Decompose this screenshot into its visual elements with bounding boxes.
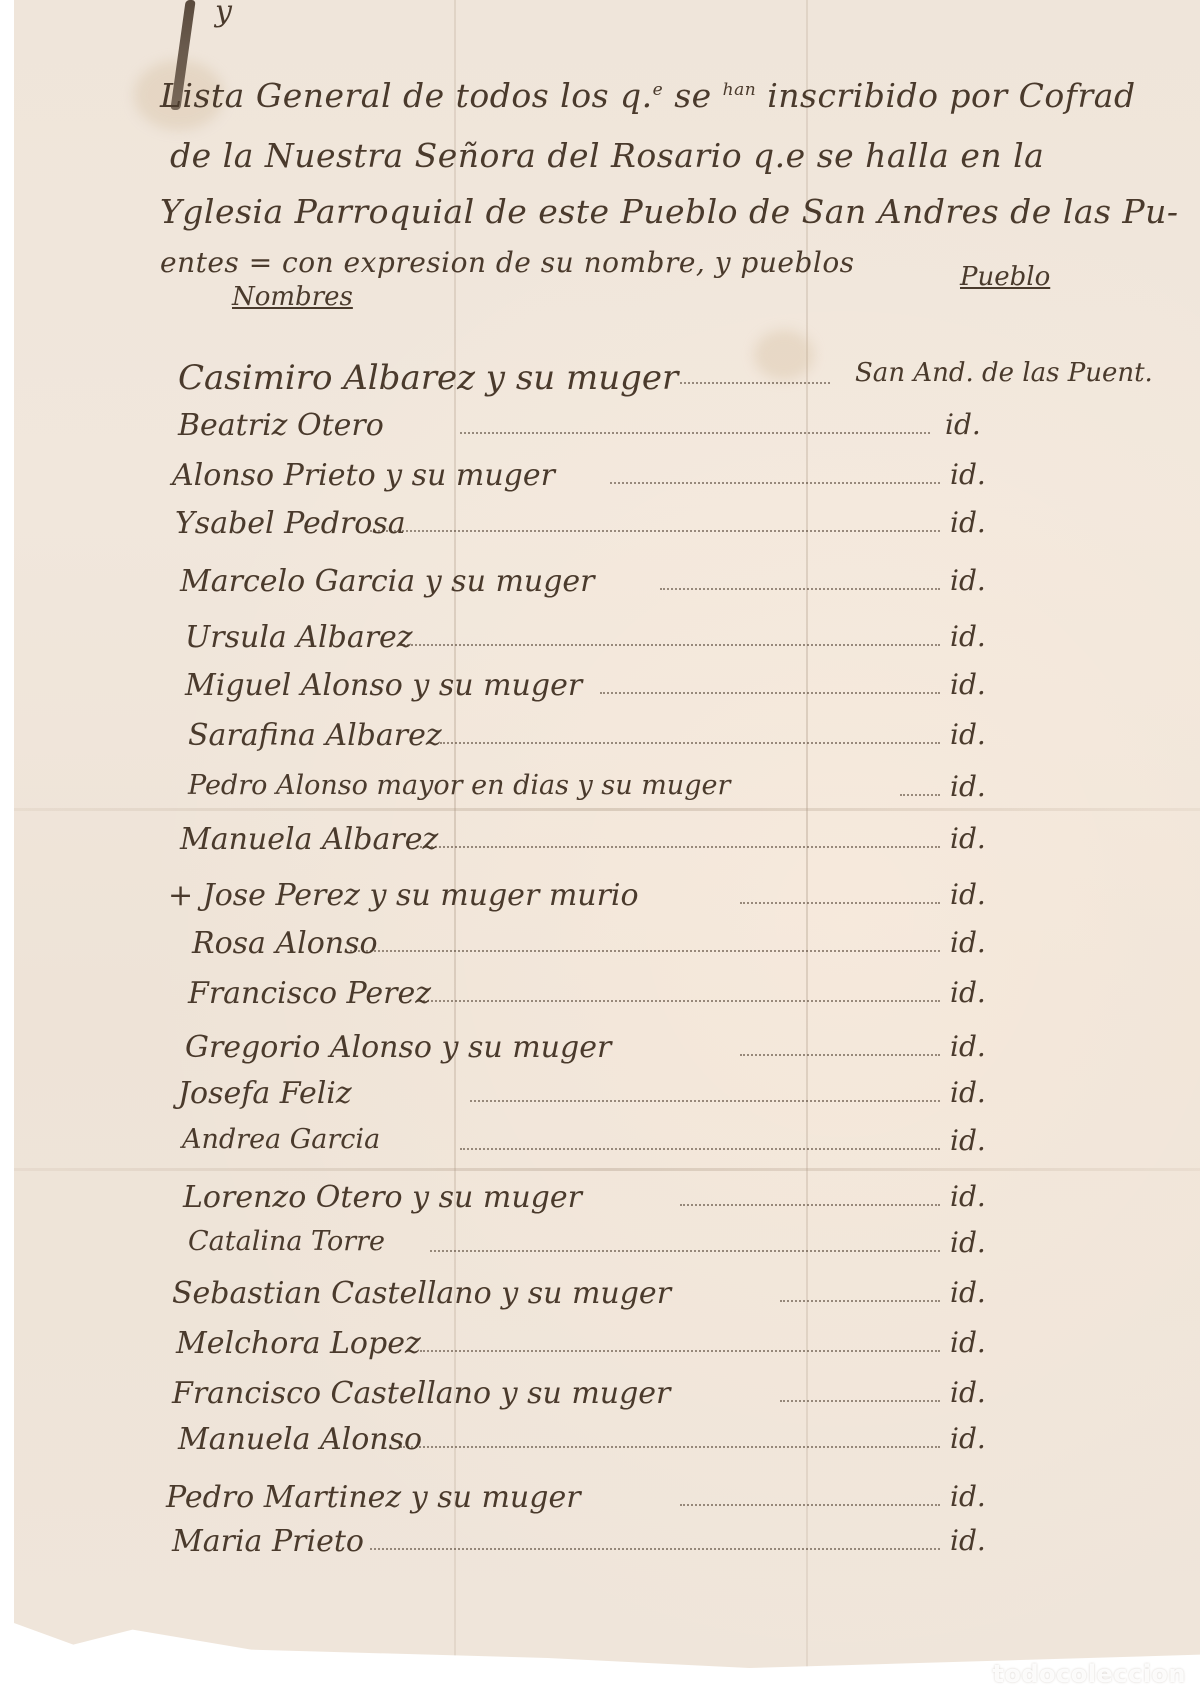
entry-name: Melchora Lopez: [176, 1326, 421, 1361]
list-item: Rosa Alonso id.: [0, 926, 1200, 972]
dot-leader: [740, 1052, 940, 1056]
list-item: Miguel Alonso y su muger id.: [0, 668, 1200, 714]
dot-leader: [460, 1146, 940, 1150]
heading-line-4: entes = con expresion de su nombre, y pu…: [160, 246, 855, 279]
entry-name: Beatriz Otero: [178, 408, 384, 443]
entry-place: id.: [950, 1326, 986, 1359]
list-item: Pedro Martinez y su muger id.: [0, 1480, 1200, 1526]
heading-text: se: [663, 76, 722, 115]
entry-place: id.: [950, 1376, 986, 1409]
dot-leader: [420, 1348, 940, 1352]
entry-place: id.: [950, 564, 986, 597]
dot-leader: [470, 1098, 940, 1102]
entry-place: id.: [950, 458, 986, 491]
list-item: Andrea Garcia id.: [0, 1124, 1200, 1170]
entry-name: Francisco Castellano y su muger: [172, 1376, 670, 1411]
dot-leader: [400, 1444, 940, 1448]
list-item: Josefa Feliz id.: [0, 1076, 1200, 1122]
entry-name: Ysabel Pedrosa: [175, 506, 406, 541]
entry-place: id.: [950, 976, 986, 1009]
entry-name: Catalina Torre: [188, 1226, 385, 1257]
dot-leader: [610, 480, 940, 484]
entry-name: Pedro Alonso mayor en dias y su muger: [188, 770, 730, 801]
list-item: Lorenzo Otero y su muger id.: [0, 1180, 1200, 1226]
entry-place: id.: [950, 620, 986, 653]
entry-place: id.: [950, 770, 986, 803]
list-item: Ysabel Pedrosa id.: [0, 506, 1200, 552]
dot-leader: [420, 844, 940, 848]
entry-place: id.: [950, 668, 986, 701]
list-item: Casimiro Albarez y su muger San And. de …: [0, 358, 1200, 404]
list-item: Beatriz Otero id.: [0, 408, 1200, 454]
list-item: Francisco Castellano y su muger id.: [0, 1376, 1200, 1422]
entry-place: id.: [950, 1226, 986, 1259]
list-item: Sarafina Albarez id.: [0, 718, 1200, 764]
entry-place: id.: [950, 1524, 986, 1557]
entry-name: Alonso Prieto y su muger: [172, 458, 555, 493]
entry-place: id.: [950, 718, 986, 751]
entry-place: id.: [950, 506, 986, 539]
dot-leader: [680, 1202, 940, 1206]
list-item: Ursula Albarez id.: [0, 620, 1200, 666]
entry-place: San And. de las Puent.: [855, 358, 1153, 388]
list-item: Alonso Prieto y su muger id.: [0, 458, 1200, 504]
dot-leader: [660, 586, 940, 590]
list-item: Catalina Torre id.: [0, 1226, 1200, 1272]
dot-leader: [680, 1502, 940, 1506]
dot-leader: [350, 948, 940, 952]
entry-place: id.: [950, 1276, 986, 1309]
dot-leader: [460, 430, 930, 434]
list-item: Maria Prieto id.: [0, 1524, 1200, 1570]
entry-name: + Jose Perez y su muger murio: [168, 878, 639, 913]
dot-leader: [780, 1398, 940, 1402]
entry-name: Pedro Martinez y su muger: [166, 1480, 581, 1515]
entry-name: Josefa Feliz: [178, 1076, 352, 1111]
entry-name: Lorenzo Otero y su muger: [183, 1180, 582, 1215]
dot-leader: [430, 1248, 940, 1252]
dot-leader: [365, 528, 940, 532]
heading-superscript: han: [723, 80, 757, 100]
heading-text: Lista General de todos los q.: [160, 76, 653, 115]
list-item: Marcelo Garcia y su muger id.: [0, 564, 1200, 610]
entry-name: Ursula Albarez: [185, 620, 413, 655]
entry-name: Marcelo Garcia y su muger: [180, 564, 595, 599]
dot-leader: [780, 1298, 940, 1302]
entry-name: Sebastian Castellano y su muger: [172, 1276, 671, 1311]
list-item: Sebastian Castellano y su muger id.: [0, 1276, 1200, 1322]
heading-line-3: Yglesia Parroquial de este Pueblo de San…: [160, 192, 1179, 231]
place-column-header: Pueblo: [960, 262, 1050, 292]
list-item: Manuela Alonso id.: [0, 1422, 1200, 1468]
dot-leader: [370, 1546, 940, 1550]
list-item: + Jose Perez y su muger murio id.: [0, 878, 1200, 924]
dot-leader: [400, 642, 940, 646]
dot-leader: [740, 900, 940, 904]
entry-place: id.: [950, 1076, 986, 1109]
entry-place: id.: [950, 822, 986, 855]
list-item: Melchora Lopez id.: [0, 1326, 1200, 1372]
entry-place: id.: [950, 1030, 986, 1063]
dot-leader: [440, 740, 940, 744]
list-item: Francisco Perez id.: [0, 976, 1200, 1022]
entry-name: Gregorio Alonso y su muger: [185, 1030, 611, 1065]
entry-place: id.: [950, 1480, 986, 1513]
heading-line-1: Lista General de todos los q.e se han in…: [160, 76, 1136, 115]
heading-line-2: de la Nuestra Señora del Rosario q.e se …: [170, 136, 1044, 175]
list-item: Manuela Albarez id.: [0, 822, 1200, 868]
dot-leader: [600, 690, 940, 694]
entry-place: id.: [945, 408, 981, 441]
page-mark: y: [215, 0, 232, 29]
dot-leader: [680, 380, 830, 384]
entry-place: id.: [950, 1180, 986, 1213]
entry-name: Manuela Alonso: [178, 1422, 422, 1457]
watermark: todocoleccion: [992, 1660, 1186, 1688]
entry-name: Maria Prieto: [172, 1524, 364, 1559]
entry-place: id.: [950, 1124, 986, 1157]
entry-name: Rosa Alonso: [192, 926, 378, 961]
entry-place: id.: [950, 878, 986, 911]
entry-name: Sarafina Albarez: [188, 718, 442, 753]
heading-text: inscribido por Cofrad: [756, 76, 1135, 115]
dot-leader: [900, 792, 940, 796]
heading-superscript: e: [653, 80, 664, 100]
dot-leader: [420, 998, 940, 1002]
list-item: Gregorio Alonso y su muger id.: [0, 1030, 1200, 1076]
entry-name: Casimiro Albarez y su muger: [178, 358, 678, 398]
list-item: Pedro Alonso mayor en dias y su muger id…: [0, 770, 1200, 816]
names-column-header: Nombres: [232, 282, 353, 312]
entry-name: Manuela Albarez: [180, 822, 438, 857]
entry-name: Francisco Perez: [188, 976, 431, 1011]
entry-name: Miguel Alonso y su muger: [185, 668, 582, 703]
entry-place: id.: [950, 926, 986, 959]
entry-place: id.: [950, 1422, 986, 1455]
entry-name: Andrea Garcia: [182, 1124, 380, 1155]
